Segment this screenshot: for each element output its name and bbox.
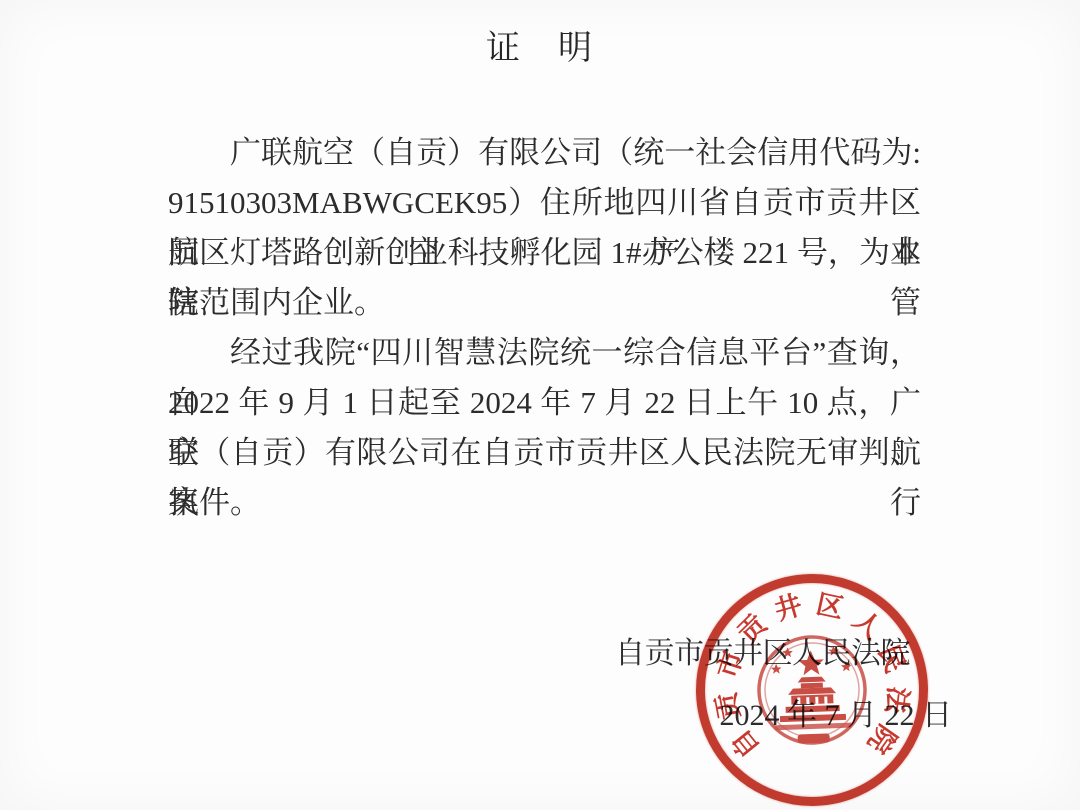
document-title: 证 明: [0, 20, 1080, 69]
body-line: 91510303MABWGCEK95）住所地四川省自贡市贡井区航空产业: [168, 178, 921, 228]
body-line: 广联航空（自贡）有限公司（统一社会信用代码为:: [168, 128, 921, 178]
body-line: 空（自贡）有限公司在自贡市贡井区人民法院无审判、执行: [168, 428, 921, 478]
document-body: 广联航空（自贡）有限公司（统一社会信用代码为: 91510303MABWGCEK…: [168, 128, 921, 528]
body-line: 经过我院“四川智慧法院统一综合信息平台”查询，自: [168, 328, 921, 378]
body-line: 2022 年 9 月 1 日起至 2024 年 7 月 22 日上午 10 点，…: [168, 378, 921, 428]
official-court-seal: 自 贡 市 贡 井 区 人 民 法 院: [692, 570, 932, 810]
body-line: 园区灯塔路创新创业科技孵化园 1#办公楼 221 号，为本院管: [168, 228, 921, 278]
seal-text-char: 法: [878, 685, 920, 716]
certificate-page: 证 明 广联航空（自贡）有限公司（统一社会信用代码为: 91510303MABW…: [0, 0, 1080, 810]
national-emblem-icon: [750, 628, 874, 752]
